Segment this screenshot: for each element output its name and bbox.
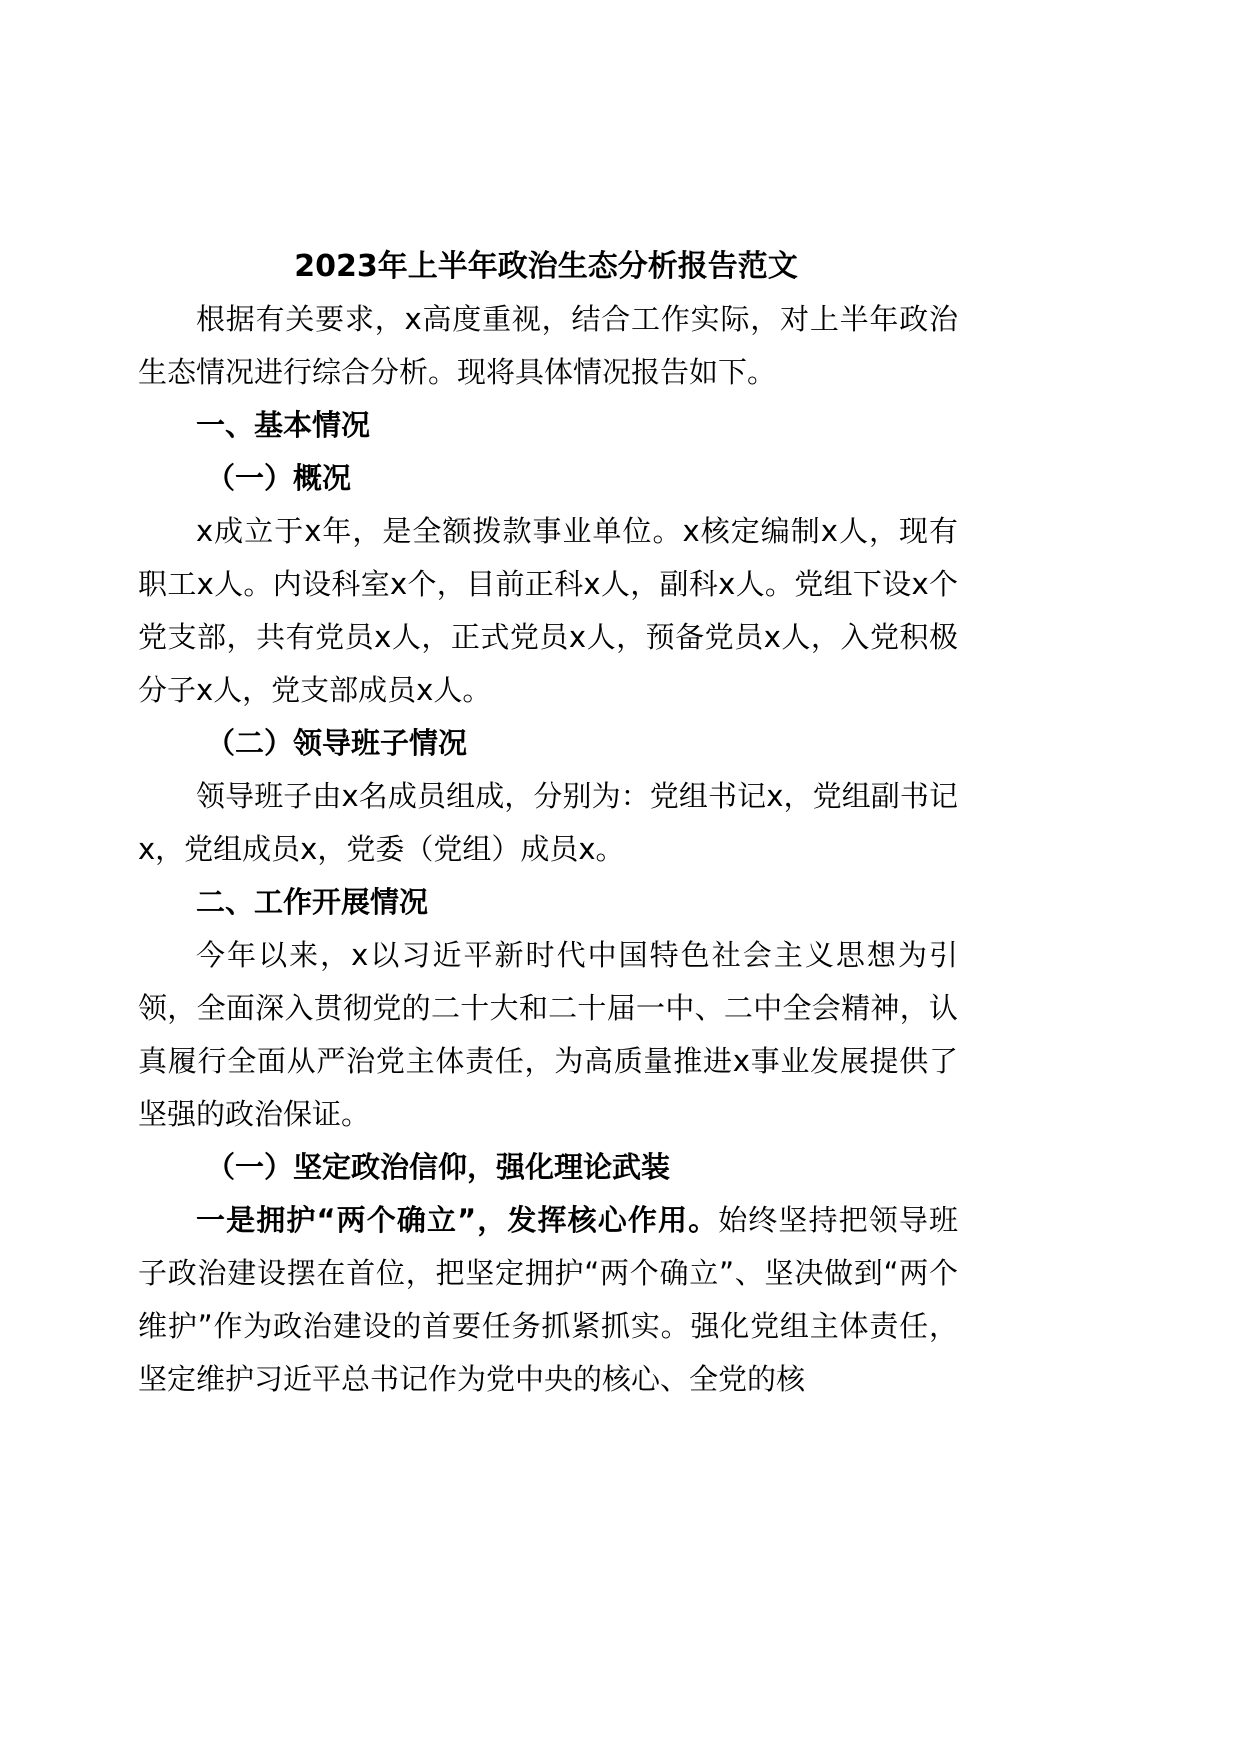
intro-paragraph: 根据有关要求，x高度重视，结合工作实际，对上半年政治生态情况进行综合分析。现将具…: [138, 293, 958, 399]
section1-sub1-heading: （一）概况: [138, 452, 958, 505]
section2-point1: 一是拥护“两个确立”，发挥核心作用。始终坚持把领导班子政治建设摆在首位，把坚定拥…: [138, 1194, 958, 1406]
section1-sub1-body: x成立于x年，是全额拨款事业单位。x核定编制x人，现有职工x人。内设科室x个，目…: [138, 505, 958, 717]
section1-heading: 一、基本情况: [138, 399, 958, 452]
section2-body: 今年以来，x以习近平新时代中国特色社会主义思想为引领，全面深入贯彻党的二十大和二…: [138, 929, 958, 1141]
document-page: 2023年上半年政治生态分析报告范文 根据有关要求，x高度重视，结合工作实际，对…: [138, 240, 958, 1406]
section1-sub2-body: 领导班子由x名成员组成，分别为：党组书记x，党组副书记x，党组成员x，党委（党组…: [138, 770, 958, 876]
section2-heading: 二、工作开展情况: [138, 876, 958, 929]
section1-sub2-heading: （二）领导班子情况: [138, 717, 958, 770]
point1-lead: 一是拥护“两个确立”，发挥核心作用。: [196, 1203, 718, 1237]
section2-sub1-heading: （一）坚定政治信仰，强化理论武装: [138, 1141, 958, 1194]
document-title: 2023年上半年政治生态分析报告范文: [134, 240, 958, 293]
